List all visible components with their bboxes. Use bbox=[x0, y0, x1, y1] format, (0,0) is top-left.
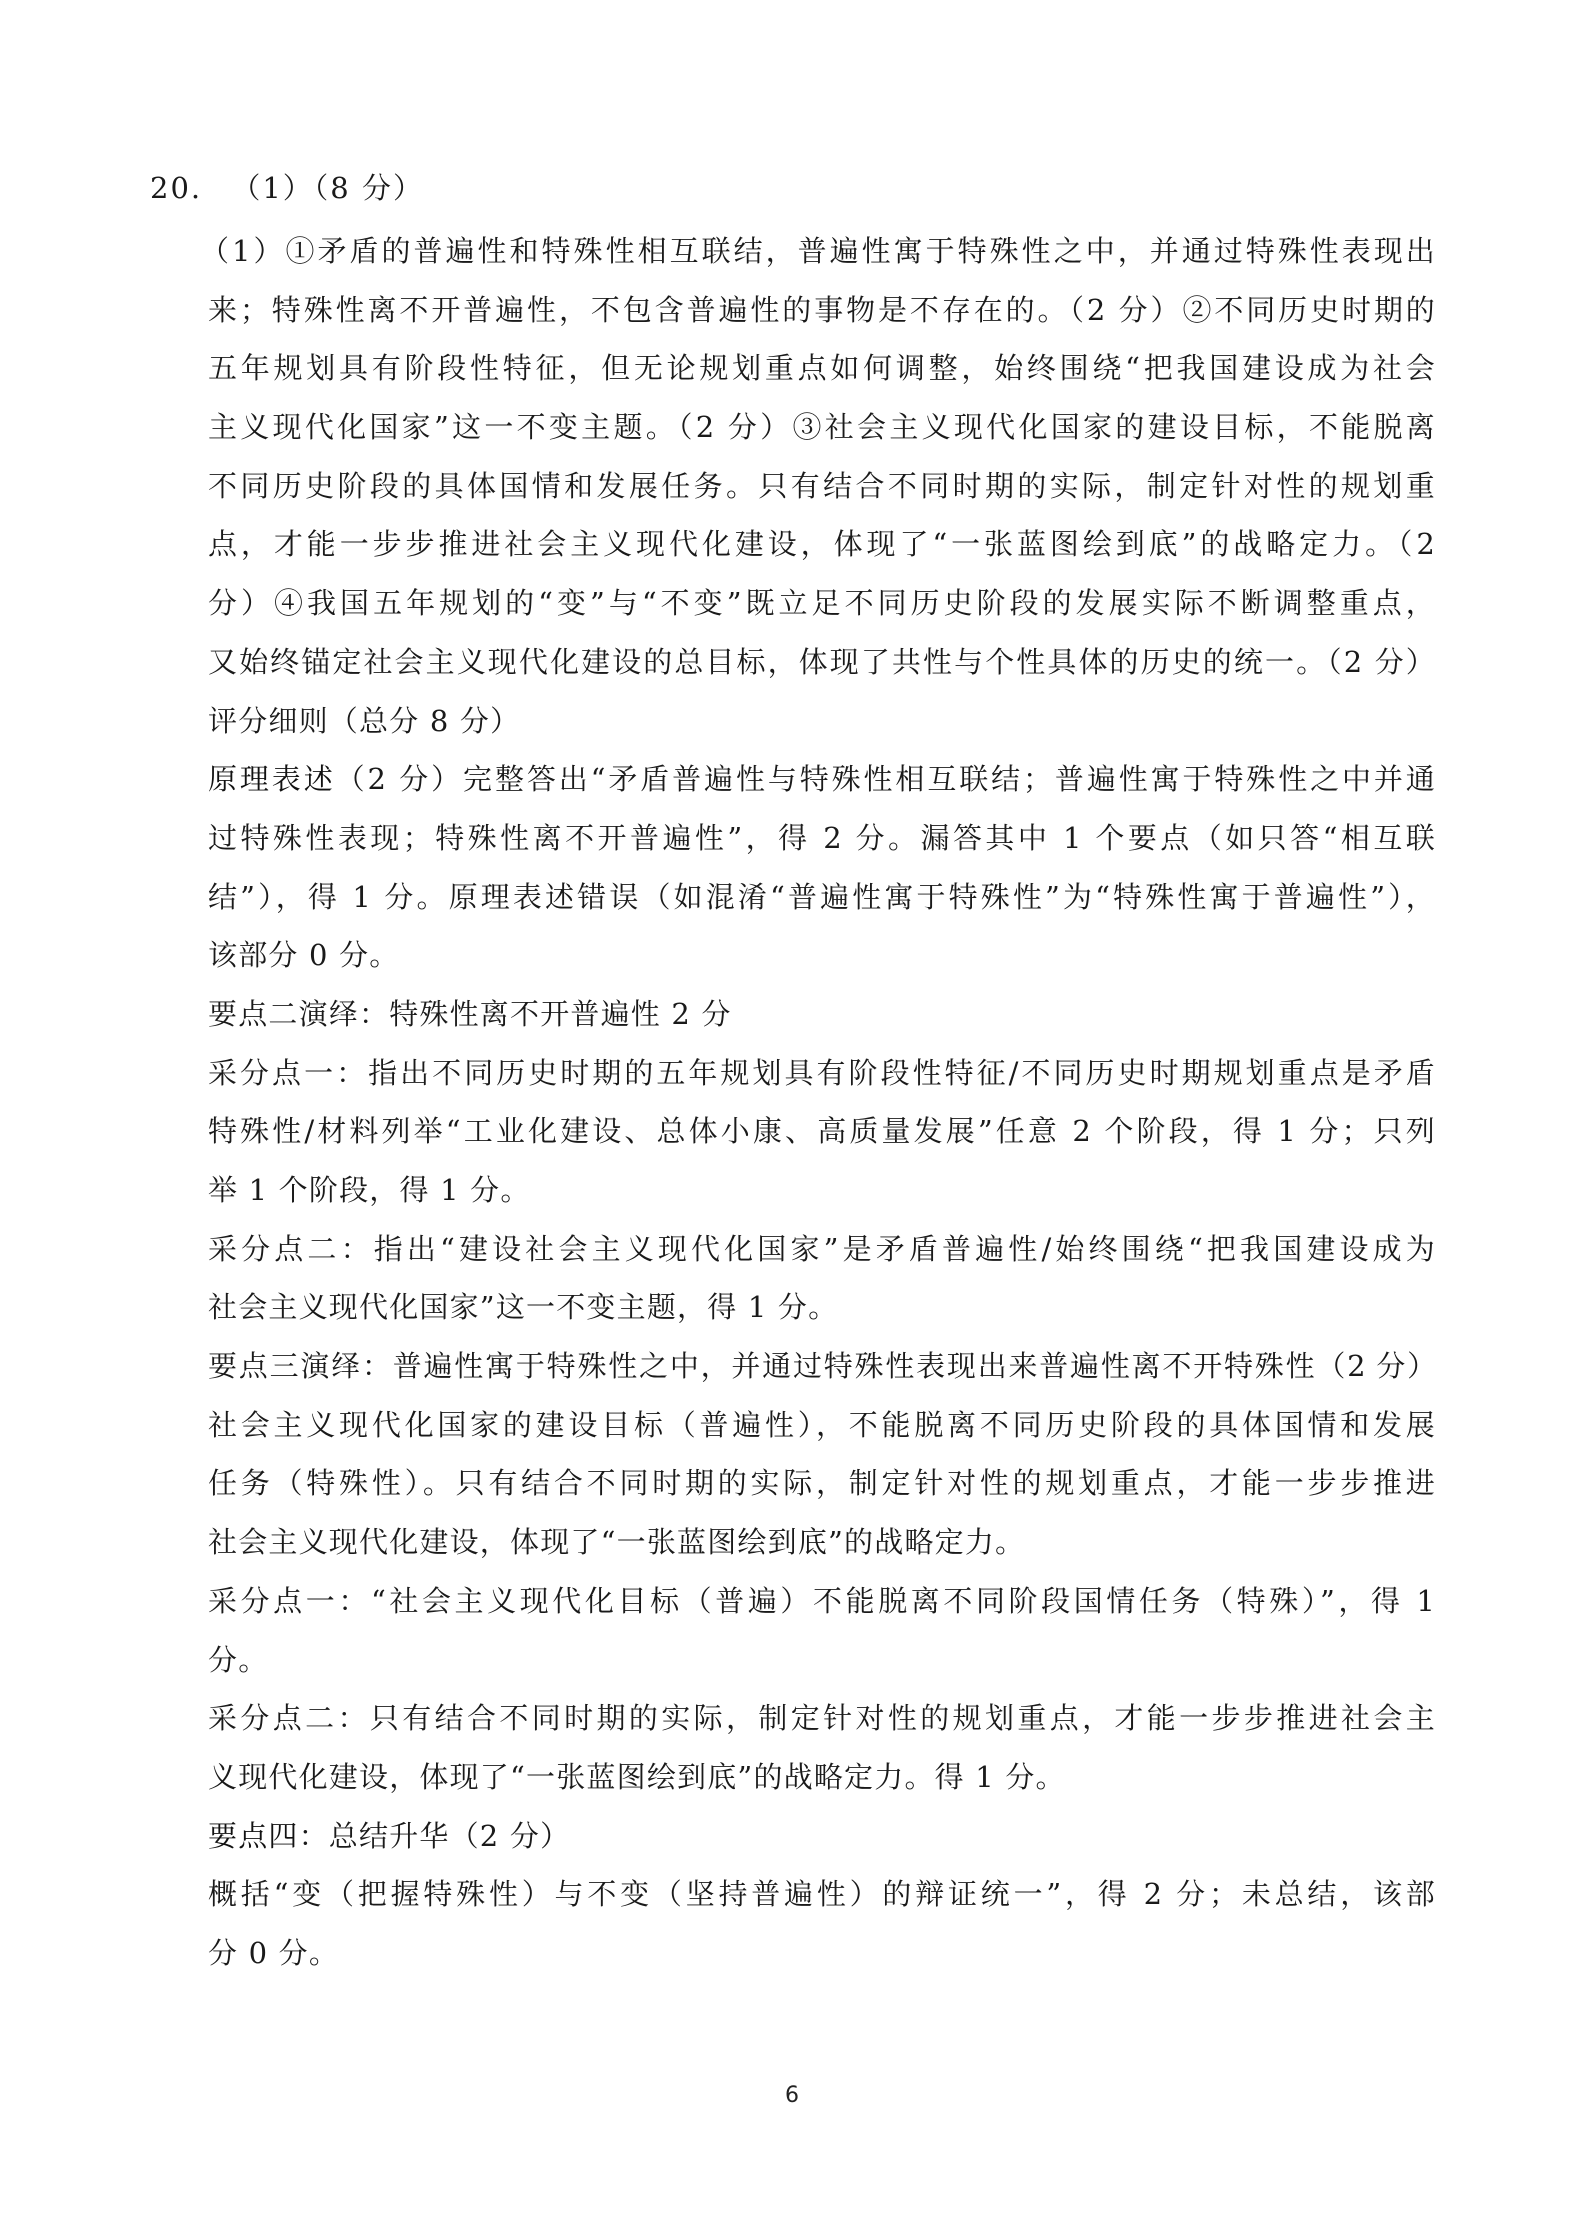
principle-line: 原理表述（2 分）完整答出“矛盾普遍性与特殊性相互联结；普遍性寓于特殊性之中并通 bbox=[208, 750, 1436, 809]
document-page: 20. （1）（8 分） （1）①矛盾的普遍性和特殊性相互联结，普遍性寓于特殊性… bbox=[0, 0, 1584, 2240]
principle-line: 该部分 0 分。 bbox=[208, 926, 1436, 985]
point2-scoring-line: 特殊性/材料列举“工业化建设、总体小康、高质量发展”任意 2 个阶段，得 1 分… bbox=[208, 1102, 1436, 1161]
answer-line: 又始终锚定社会主义现代化建设的总目标，体现了共性与个性具体的历史的统一。（2 分… bbox=[208, 633, 1436, 692]
point3-body-line: 社会主义现代化建设，体现了“一张蓝图绘到底”的战略定力。 bbox=[208, 1513, 1436, 1572]
point4-body-line: 分 0 分。 bbox=[208, 1924, 1436, 1983]
point4-heading: 要点四：总结升华（2 分） bbox=[208, 1807, 1436, 1866]
answer-line: （1）①矛盾的普遍性和特殊性相互联结，普遍性寓于特殊性之中，并通过特殊性表现出 bbox=[200, 222, 1436, 281]
principle-text: （2 分）完整答出“矛盾普遍性与特殊性相互联结；普遍性寓于特殊性之中并通 bbox=[336, 762, 1436, 796]
point3-body-line: 任务（特殊性）。只有结合不同时期的实际，制定针对性的规划重点，才能一步步推进 bbox=[208, 1454, 1436, 1513]
point3-scoring-line: 采分点二：只有结合不同时期的实际，制定针对性的规划重点，才能一步步推进社会主 bbox=[208, 1689, 1436, 1748]
rubric-title: 评分细则（总分 8 分） bbox=[208, 692, 1436, 751]
page-number: 6 bbox=[0, 2083, 1584, 2108]
question-number: 20. bbox=[150, 171, 202, 205]
point3-body-line: 社会主义现代化国家的建设目标（普遍性），不能脱离不同历史阶段的具体国情和发展 bbox=[208, 1396, 1436, 1455]
question-part: （1）（8 分） bbox=[231, 171, 424, 205]
point2-scoring-line: 采分点二：指出“建设社会主义现代化国家”是矛盾普遍性/始终围绕“把我国建设成为 bbox=[208, 1220, 1436, 1279]
point4-body-line: 概括“变（把握特殊性）与不变（坚持普遍性）的辩证统一”，得 2 分；未总结，该部 bbox=[208, 1865, 1436, 1924]
answer-line: 分）④我国五年规划的“变”与“不变”既立足不同历史阶段的发展实际不断调整重点， bbox=[208, 574, 1436, 633]
principle-line: 结”），得 1 分。原理表述错误（如混淆“普遍性寓于特殊性”为“特殊性寓于普遍性… bbox=[208, 868, 1436, 927]
answer-line: 来；特殊性离不开普遍性，不包含普遍性的事物是不存在的。（2 分）②不同历史时期的 bbox=[208, 281, 1436, 340]
answer-line: 不同历史阶段的具体国情和发展任务。只有结合不同时期的实际，制定针对性的规划重 bbox=[208, 457, 1436, 516]
principle-heading: 原理表述 bbox=[208, 762, 336, 796]
point2-scoring-line: 采分点一：指出不同历史时期的五年规划具有阶段性特征/不同历史时期规划重点是矛盾 bbox=[208, 1044, 1436, 1103]
point2-scoring-line: 社会主义现代化国家”这一不变主题，得 1 分。 bbox=[208, 1278, 1436, 1337]
principle-line: 过特殊性表现；特殊性离不开普遍性”，得 2 分。漏答其中 1 个要点（如只答“相… bbox=[208, 809, 1436, 868]
answer-line: 点，才能一步步推进社会主义现代化建设，体现了“一张蓝图绘到底”的战略定力。（2 bbox=[208, 515, 1436, 574]
point3-scoring-line: 义现代化建设，体现了“一张蓝图绘到底”的战略定力。得 1 分。 bbox=[208, 1748, 1436, 1807]
point2-scoring-line: 举 1 个阶段，得 1 分。 bbox=[208, 1161, 1436, 1220]
point3-scoring-line: 分。 bbox=[208, 1631, 1436, 1690]
answer-line: 主义现代化国家”这一不变主题。（2 分）③社会主义现代化国家的建设目标，不能脱离 bbox=[208, 398, 1436, 457]
answer-line: 五年规划具有阶段性特征，但无论规划重点如何调整，始终围绕“把我国建设成为社会 bbox=[208, 339, 1436, 398]
point3-scoring-line: 采分点一：“社会主义现代化目标（普遍）不能脱离不同阶段国情任务（特殊）”，得 1 bbox=[208, 1572, 1436, 1631]
question-header: 20. （1）（8 分） bbox=[150, 168, 424, 208]
point4-heading-rest: ：总结升华（2 分） bbox=[299, 1819, 571, 1853]
point2-heading: 要点二演绎：特殊性离不开普遍性 2 分 bbox=[208, 985, 1436, 1044]
point4-heading-label: 要点四 bbox=[208, 1819, 299, 1853]
point3-heading: 要点三演绎：普遍性寓于特殊性之中，并通过特殊性表现出来普遍性离不开特殊性（2 分… bbox=[208, 1337, 1436, 1396]
answer-body: （1）①矛盾的普遍性和特殊性相互联结，普遍性寓于特殊性之中，并通过特殊性表现出 … bbox=[208, 222, 1436, 1983]
